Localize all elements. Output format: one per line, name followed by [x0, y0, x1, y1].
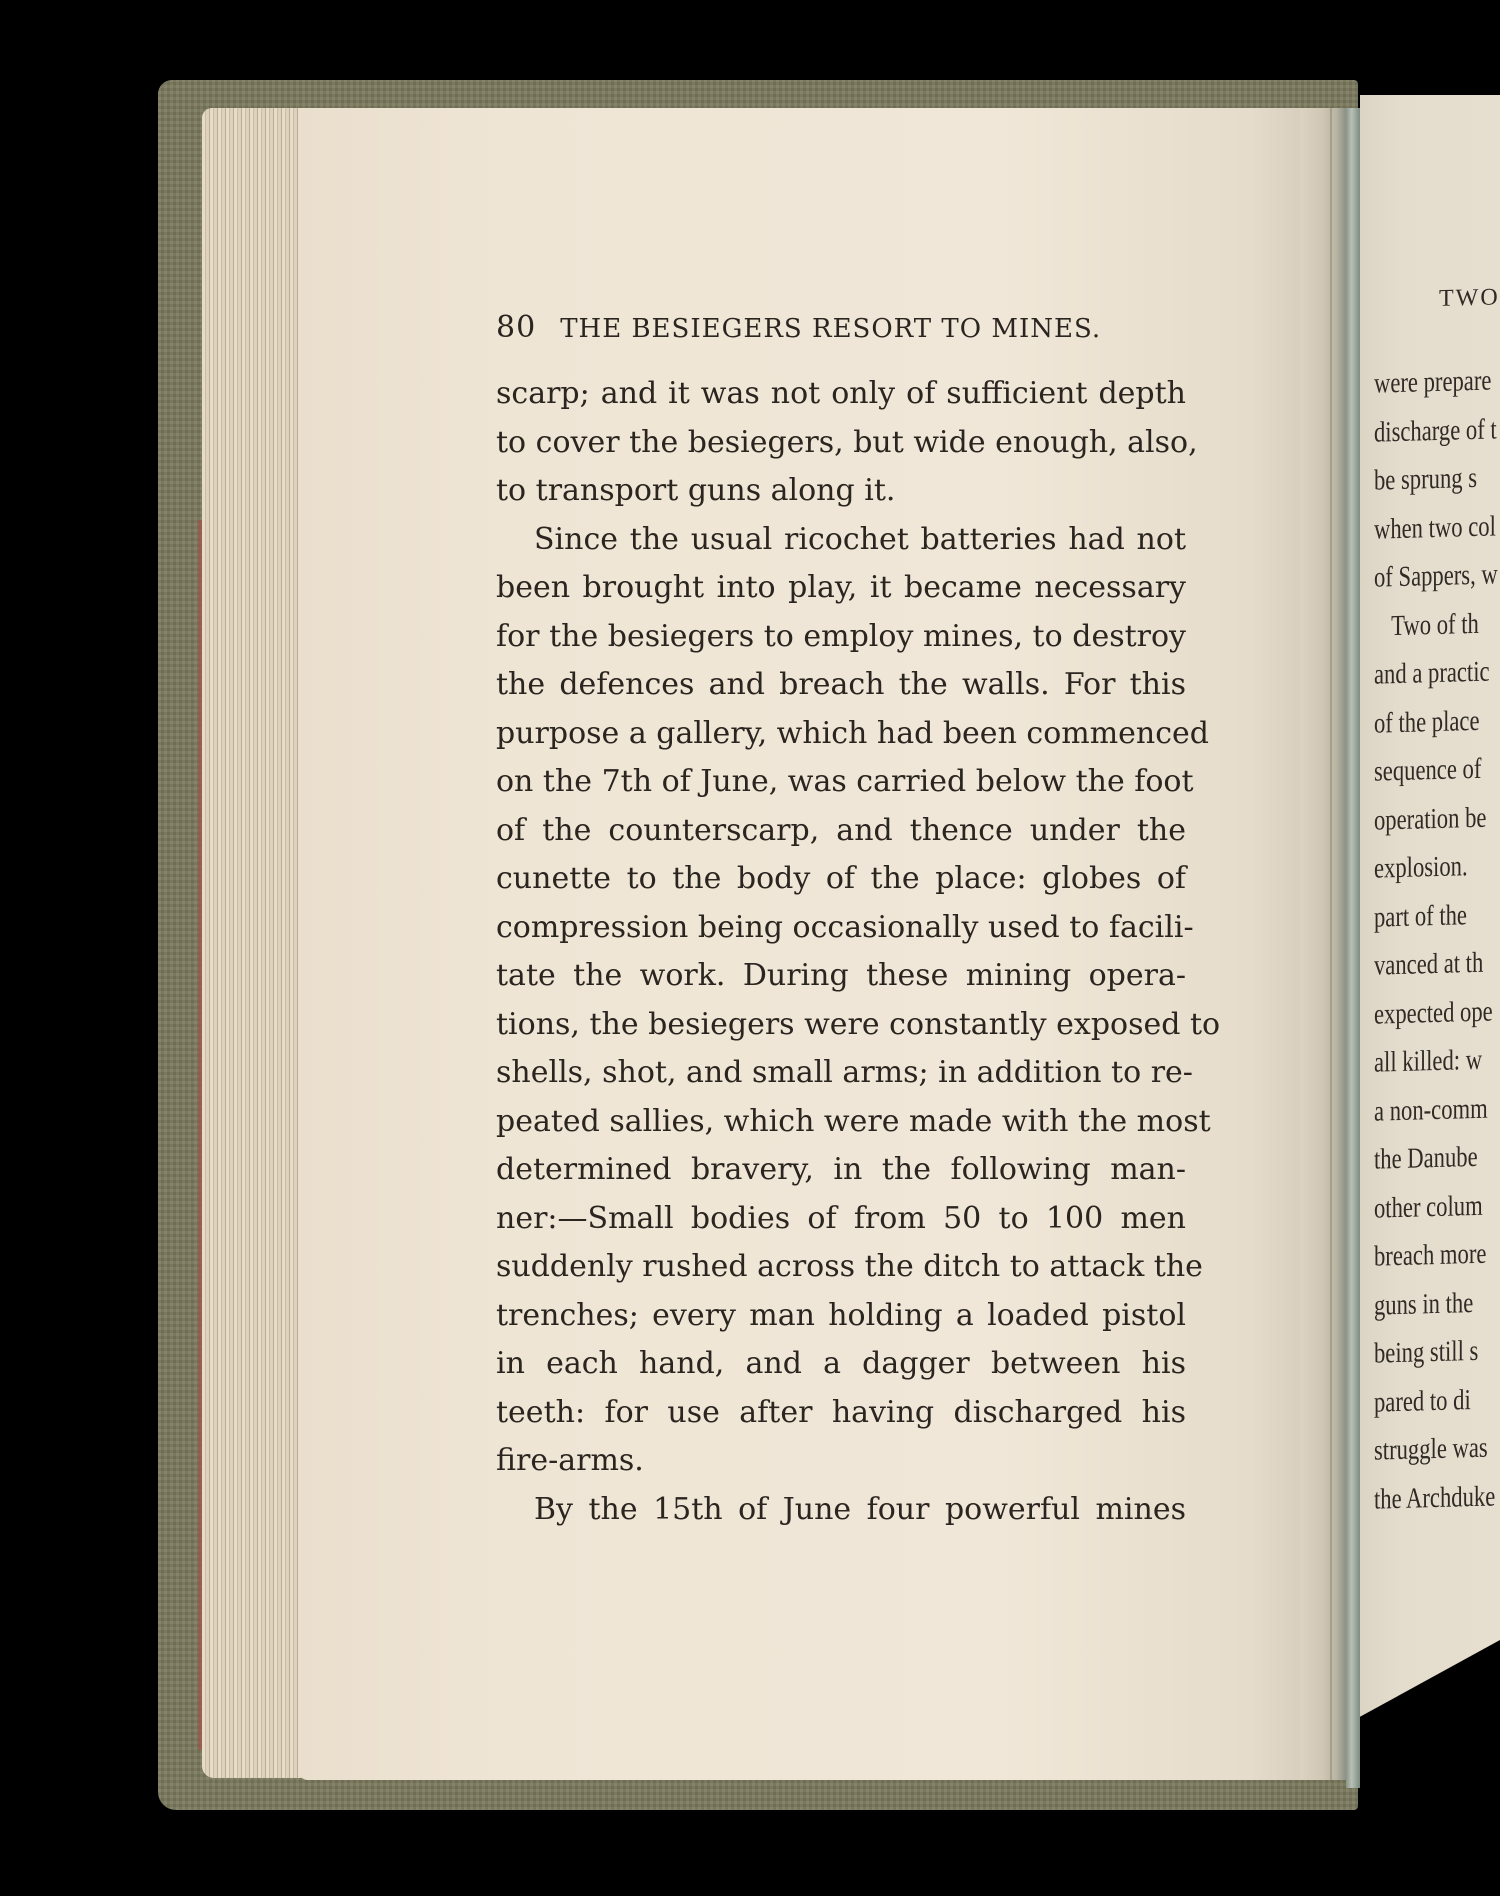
right-text-line: the Archduke [1374, 1471, 1500, 1524]
text-line: the defences and breach the walls. For t… [496, 661, 1186, 710]
right-text-line: other colum [1374, 1180, 1500, 1233]
text-line: scarp; and it was not only of sufficient… [496, 370, 1186, 419]
red-page-edge [198, 520, 202, 1750]
text-line: shells, shot, and small arms; in additio… [496, 1049, 1186, 1098]
text-line: to cover the besiegers, but wide enough,… [496, 419, 1186, 468]
text-line: suddenly rushed across the ditch to atta… [496, 1243, 1186, 1292]
text-line: trenches; every man holding a loaded pis… [496, 1292, 1186, 1341]
text-line: compression being occasionally used to f… [496, 904, 1186, 953]
right-text-line: when two col [1374, 501, 1500, 554]
body-text: scarp; and it was not only of sufficient… [496, 370, 1186, 1534]
page-number: 80 [496, 310, 536, 345]
gutter-fold-line [1330, 108, 1332, 1780]
right-page-text: TWO I were preparedischarge of tbe sprun… [1374, 282, 1500, 1523]
right-text-line: breach more [1374, 1229, 1500, 1282]
text-line: By the 15th of June four powerful mines [496, 1486, 1186, 1535]
running-head: 80 THE BESIEGERS RESORT TO MINES. [496, 310, 1186, 370]
text-line: in each hand, and a dagger between his [496, 1340, 1186, 1389]
text-line: determined bravery, in the following man… [496, 1146, 1186, 1195]
right-text-line: pared to di [1374, 1374, 1500, 1427]
book-gutter [1300, 108, 1346, 1780]
right-text-line: sequence of [1374, 744, 1500, 797]
spine-binding-strip [1346, 108, 1360, 1788]
right-text-line: Two of th [1374, 598, 1500, 651]
right-running-head: TWO I [1374, 282, 1500, 359]
text-line: cunette to the body of the place: globes… [496, 855, 1186, 904]
right-body-text: were preparedischarge of tbe sprung swhe… [1374, 354, 1500, 1523]
text-line: of the counterscarp, and thence under th… [496, 807, 1186, 856]
right-text-line: were prepare [1374, 356, 1500, 409]
text-line: Since the usual ricochet batteries had n… [496, 516, 1186, 565]
text-line: purpose a gallery, which had been commen… [496, 710, 1186, 759]
right-text-line: be sprung s [1374, 453, 1500, 506]
right-text-line: and a practic [1374, 647, 1500, 700]
page-edges-stack [202, 108, 302, 1778]
text-line: tions, the besiegers were constantly exp… [496, 1001, 1186, 1050]
right-text-line: guns in the [1374, 1277, 1500, 1330]
text-line: on the 7th of June, was carried below th… [496, 758, 1186, 807]
right-text-line: of Sappers, w [1374, 550, 1500, 603]
right-text-line: the Danube [1374, 1132, 1500, 1185]
text-line: for the besiegers to employ mines, to de… [496, 613, 1186, 662]
right-text-line: operation be [1374, 792, 1500, 845]
text-line: teeth: for use after having discharged h… [496, 1389, 1186, 1438]
left-page-text: 80 THE BESIEGERS RESORT TO MINES. scarp;… [496, 310, 1186, 1534]
right-text-line: part of the [1374, 889, 1500, 942]
text-line: fire-arms. [496, 1437, 1186, 1486]
chapter-title: THE BESIEGERS RESORT TO MINES. [560, 314, 1101, 344]
right-text-line: expected ope [1374, 986, 1500, 1039]
text-line: ner:—Small bodies of from 50 to 100 men [496, 1195, 1186, 1244]
text-line: peated sallies, which were made with the… [496, 1098, 1186, 1147]
right-text-line: a non-comm [1374, 1083, 1500, 1136]
right-text-line: vanced at th [1374, 938, 1500, 991]
right-text-line: of the place [1374, 695, 1500, 748]
text-line: to transport guns along it. [496, 467, 1186, 516]
text-line: been brought into play, it became necess… [496, 564, 1186, 613]
right-text-line: discharge of t [1374, 404, 1500, 457]
right-text-line: struggle was [1374, 1423, 1500, 1476]
right-text-line: all killed: w [1374, 1035, 1500, 1088]
text-line: tate the work. During these mining opera… [496, 952, 1186, 1001]
right-text-line: explosion. [1374, 841, 1500, 894]
right-text-line: being still s [1374, 1326, 1500, 1379]
